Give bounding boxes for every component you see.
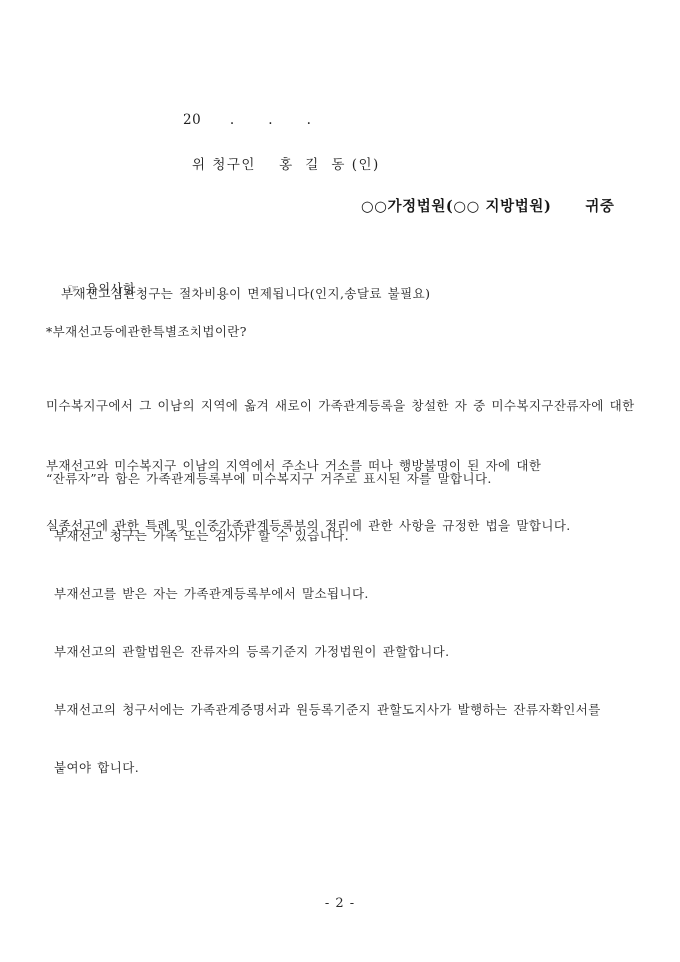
guidance-line: 부재선고의 관할법원은 잔류자의 등록기준지 가정법원이 관할합니다. xyxy=(46,642,601,661)
notice-body-text: 부재선고심판청구는 절차비용이 면제됩니다(인지,송달료 불필요) xyxy=(61,284,430,302)
guidance-line: 부재선고를 받은 자는 가족관계등록부에서 말소됩니다. xyxy=(46,584,601,603)
guidance-line: 부재선고의 청구서에는 가족관계증명서과 원등록기준지 관할도지사가 발행하는 … xyxy=(46,700,601,719)
document-page: 20 . . . 위 청구인 홍 길 동 (인) ○○가정법원(○○ 지방법원)… xyxy=(0,0,680,962)
law-question-heading: *부재선고등에관한특별조치법이란? xyxy=(46,322,247,340)
page-number: - 2 - xyxy=(0,896,680,911)
guidance-line: “잔류자”라 함은 가족관계등록부에 미수복지구 거주로 표시된 자를 말합니다… xyxy=(46,469,601,488)
guidance-line: 부재선고 청구는 가족 또는 검사가 할 수 있습니다. xyxy=(46,526,601,545)
guidance-line: 붙여야 합니다. xyxy=(46,758,601,777)
court-address-line: ○○가정법원(○○ 지방법원) 귀중 xyxy=(361,195,615,216)
definition-line: 미수복지구에서 그 이남의 지역에 옮겨 새로이 가족관계등록을 창설한 자 중… xyxy=(46,396,635,416)
date-line: 20 . . . xyxy=(183,112,311,128)
guidance-info-block: “잔류자”라 함은 가족관계등록부에 미수복지구 거주로 표시된 자를 말합니다… xyxy=(46,430,601,816)
petitioner-signature-line: 위 청구인 홍 길 동 (인) xyxy=(192,153,380,173)
